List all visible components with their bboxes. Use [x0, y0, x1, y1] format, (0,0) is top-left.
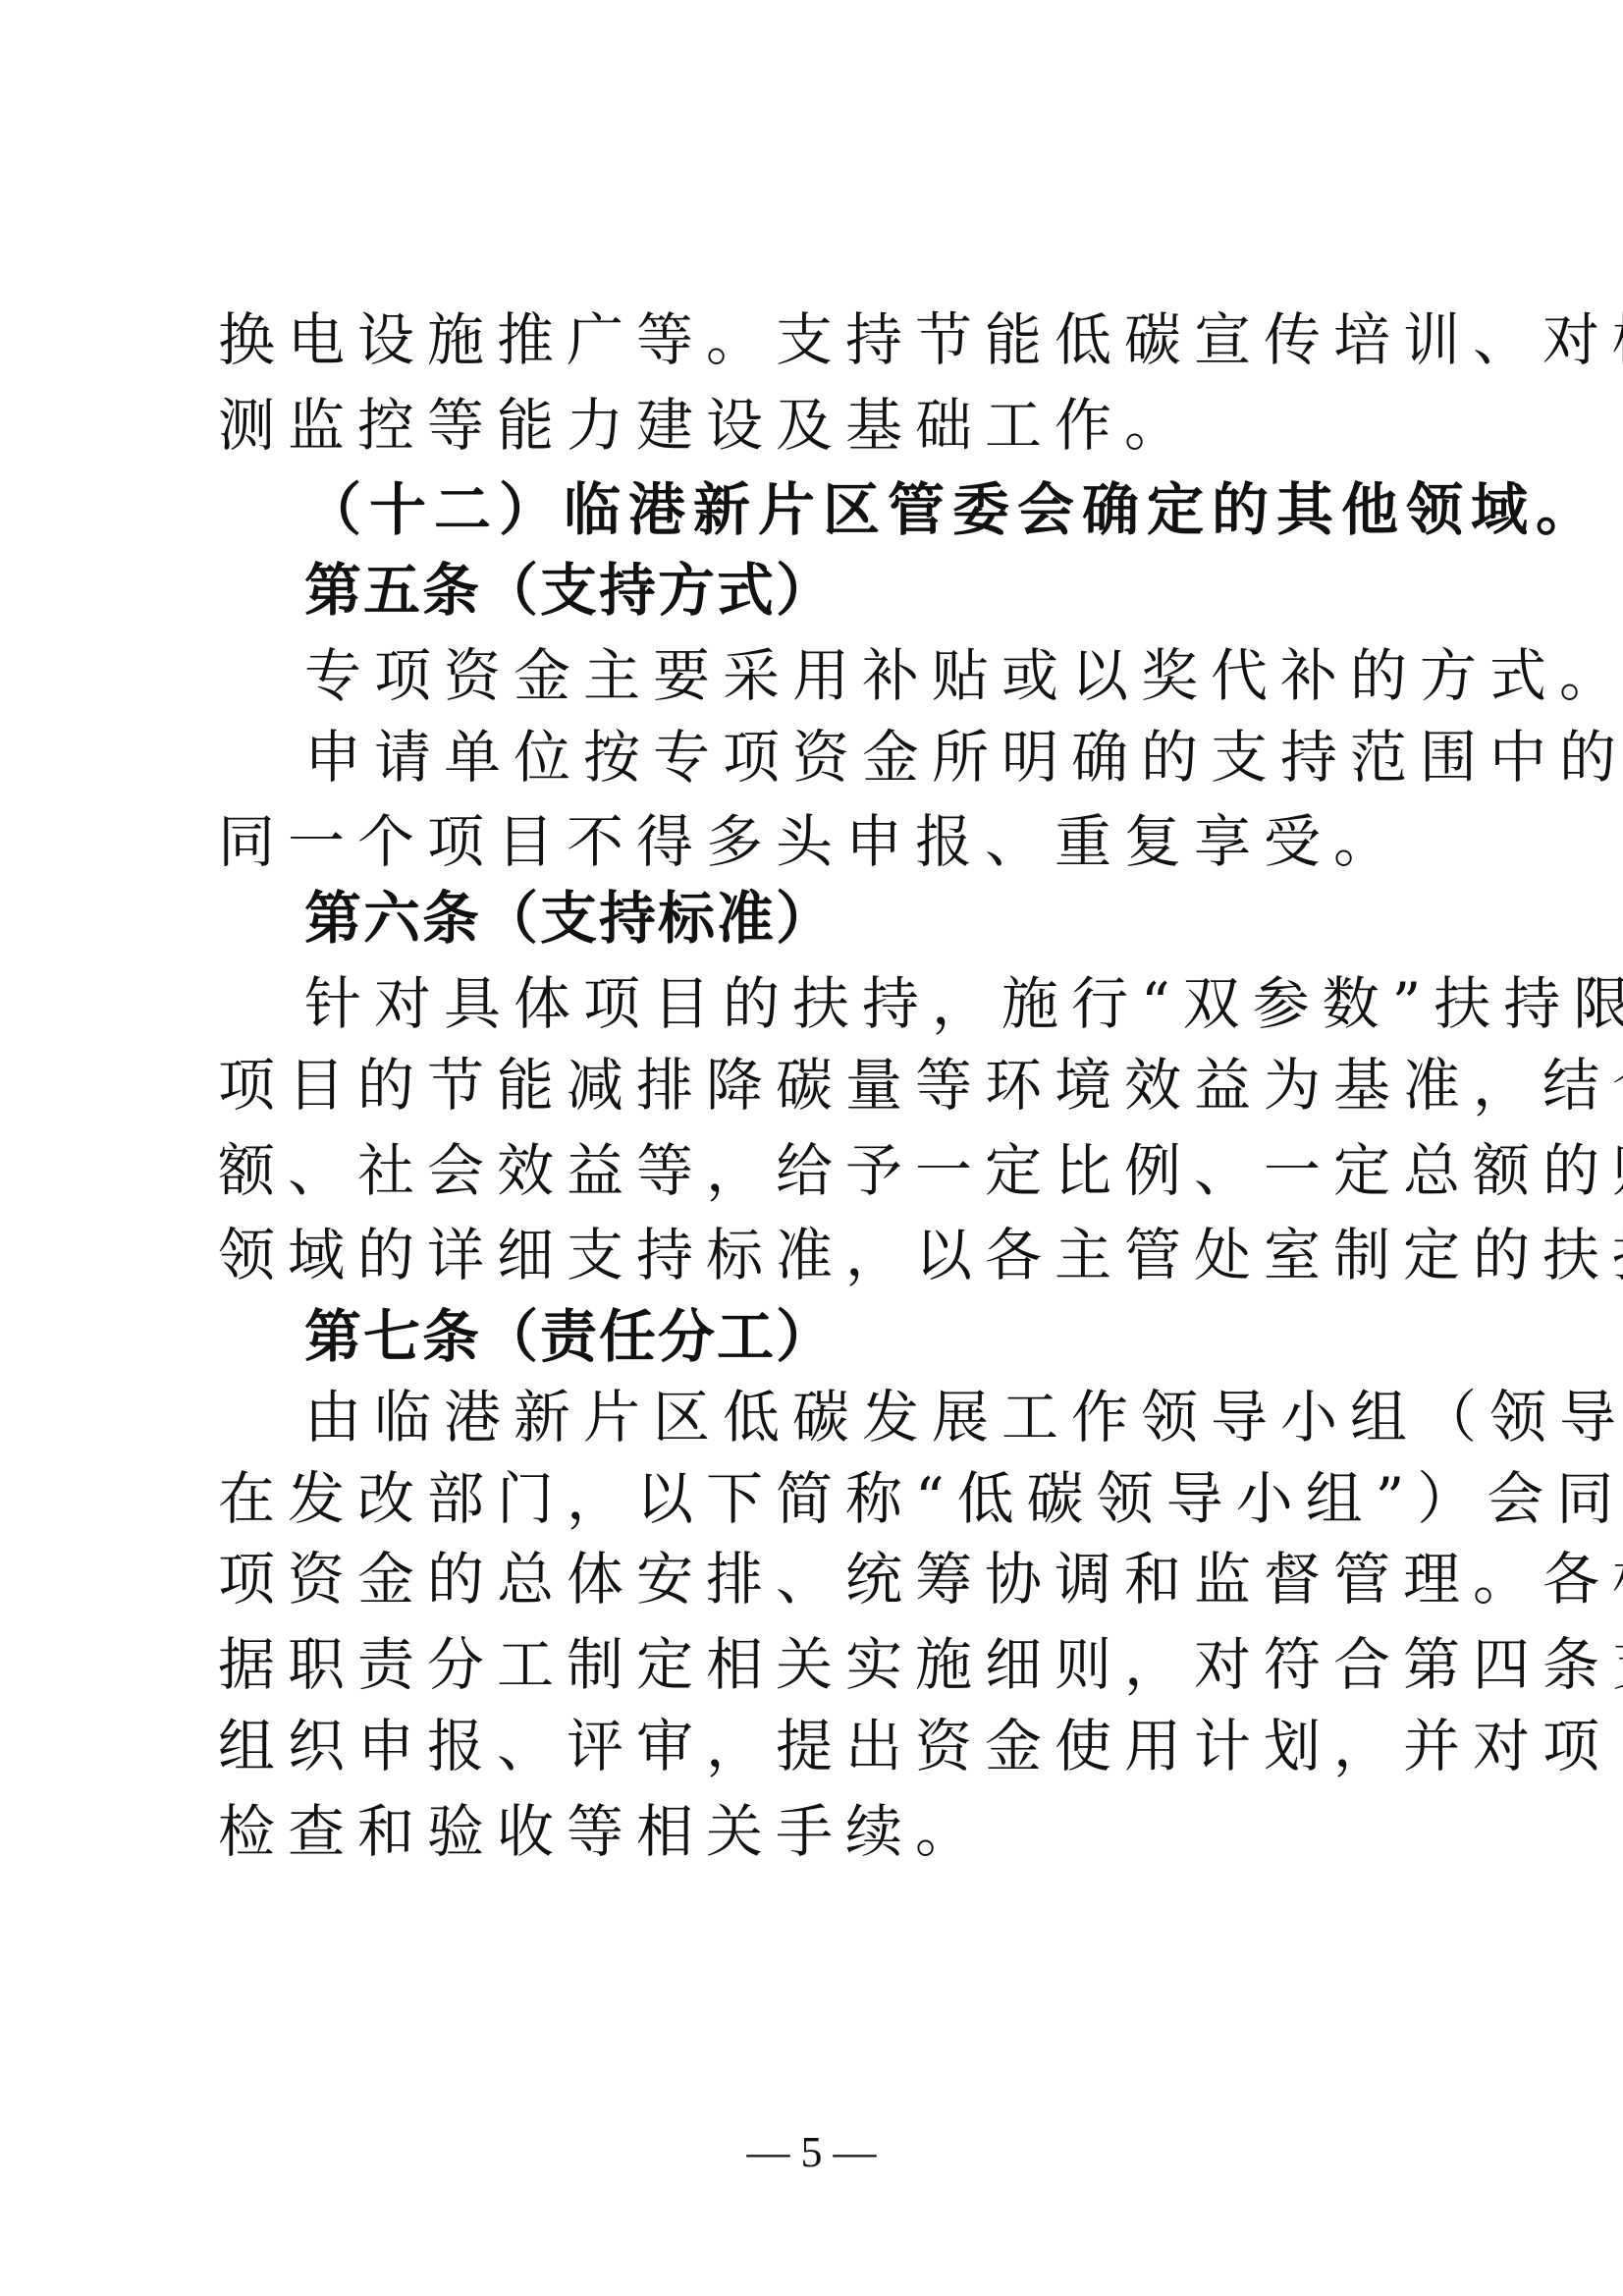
body-line: 项资金的总体安排、统筹协调和监督管理。各相关责任部门根	[218, 1540, 1420, 1618]
body-line: 专项资金主要采用补贴或以奖代补的方式。	[304, 636, 1420, 715]
body-line: 换电设施推广等。支持节能低碳宣传培训、对标达标、能耗监	[218, 301, 1420, 379]
article-heading-6: 第六条（支持标准）	[304, 879, 1420, 957]
body-line: 在发改部门，以下简称“低碳领导小组”）会同财政部门负责专	[218, 1459, 1420, 1538]
body-line: 由临港新片区低碳发展工作领导小组（领导小组办公室设	[304, 1378, 1420, 1456]
body-line: 同一个项目不得多头申报、重复享受。	[218, 802, 1420, 881]
body-line: 检查和验收等相关手续。	[218, 1792, 1420, 1871]
body-line: 针对具体项目的扶持，施行“双参数”扶持限额管理：以	[304, 964, 1506, 1043]
subheading-line: （十二）临港新片区管委会确定的其他领域。	[304, 470, 1420, 549]
body-line: 领域的详细支持标准，以各主管处室制定的扶持办法为准。	[218, 1216, 1420, 1294]
body-line: 组织申报、评审，提出资金使用计划，并对项目实施进行监督、	[218, 1707, 1420, 1785]
body-line: 申请单位按专项资金所明确的支持范围中的一种进行申报。	[304, 718, 1420, 796]
article-heading-5: 第五条（支持方式）	[304, 551, 1420, 629]
body-line: 项目的节能减排降碳量等环境效益为基准，结合项目的投资总	[218, 1046, 1420, 1124]
body-line: 额、社会效益等，给予一定比例、一定总额的财政扶持。具体	[218, 1131, 1420, 1210]
body-line: 测监控等能力建设及基础工作。	[218, 386, 1420, 465]
article-heading-7: 第七条（责任分工）	[304, 1297, 1420, 1376]
page-number: — 5 —	[0, 2123, 1623, 2182]
body-line: 据职责分工制定相关实施细则，对符合第四条支持范围的项目	[218, 1625, 1420, 1704]
